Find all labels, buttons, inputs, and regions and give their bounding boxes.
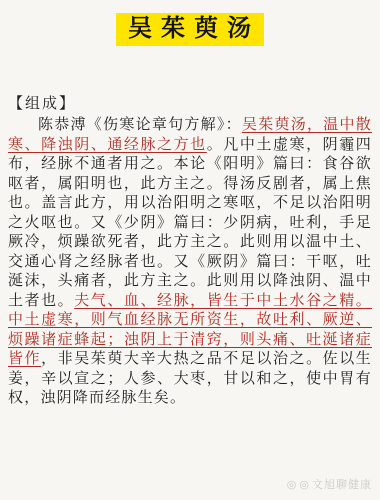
body-segment: ，非吴茱萸大辛大热之品不足以治之。佐以生姜，辛以宣之；人参、大枣，甘以和之，使中… xyxy=(8,351,372,406)
body-segment: 。凡中土虚寒，阴霾四布，经脉不通者用之。本论《阳明》篇曰：食谷欲呕者，属阳明也，… xyxy=(8,137,372,309)
watermark-logo-icon: ◎ xyxy=(299,479,310,492)
page-title: 吴茱萸汤 xyxy=(116,13,264,46)
body-paragraph: 陈恭溥《伤寒论章句方解》：吴茱萸汤，温中散寒、降浊阴、通经脉之方也。凡中土虚寒，… xyxy=(8,116,372,409)
section-heading-composition: 【组成】 xyxy=(8,94,372,114)
article-content: 【组成】 陈恭溥《伤寒论章句方解》：吴茱萸汤，温中散寒、降浊阴、通经脉之方也。凡… xyxy=(0,46,380,409)
title-row: 吴茱萸汤 xyxy=(0,0,380,46)
watermark-label: 文旭聊健康 xyxy=(312,479,372,492)
watermark: ◎ ◎ 文旭聊健康 xyxy=(287,479,372,492)
body-segment: 陈恭溥《伤寒论章句方解》： xyxy=(38,117,242,133)
watermark-logo-icon: ◎ xyxy=(287,479,298,492)
article-page: 吴茱萸汤 【组成】 陈恭溥《伤寒论章句方解》：吴茱萸汤，温中散寒、降浊阴、通经脉… xyxy=(0,0,380,500)
